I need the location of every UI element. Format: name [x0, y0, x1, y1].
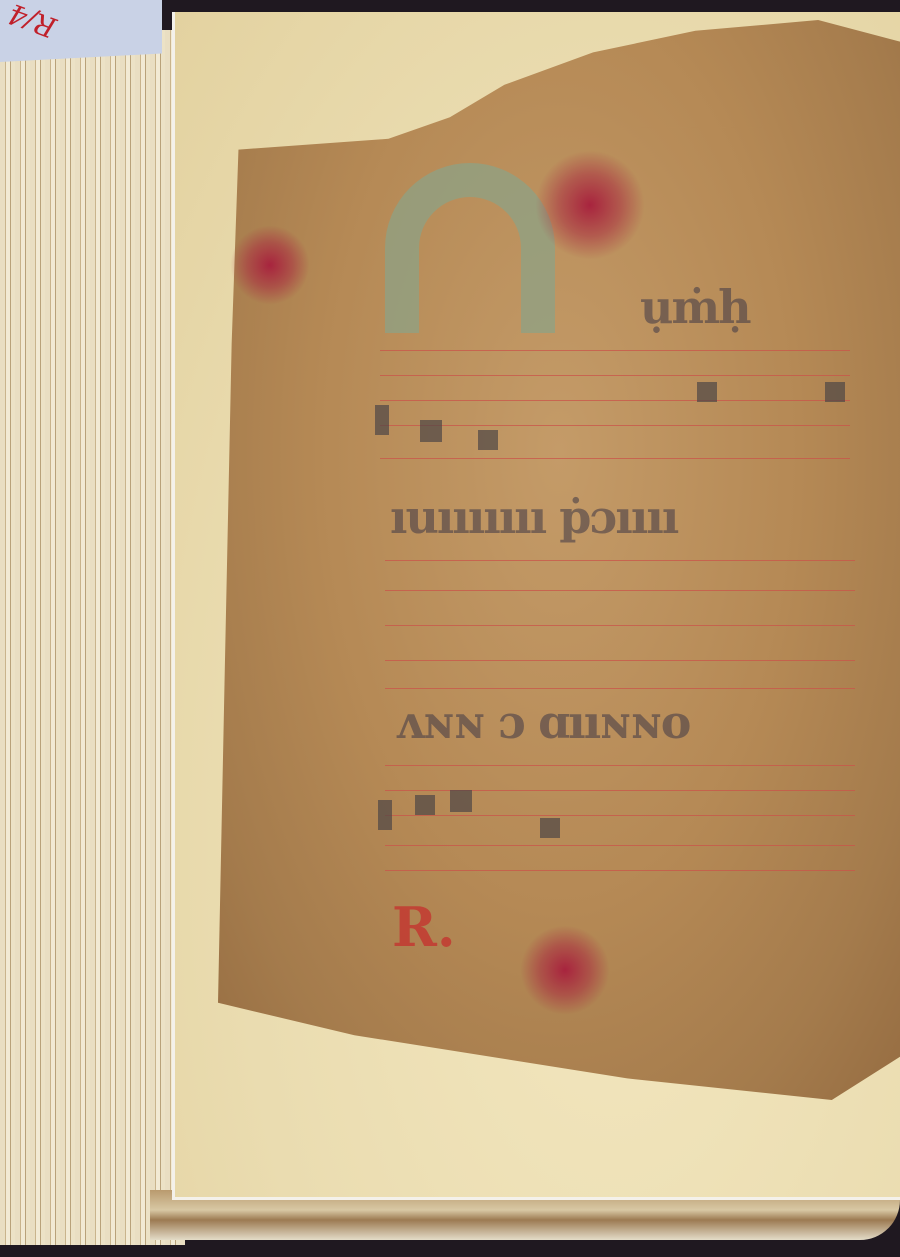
red-ink-stain	[520, 925, 610, 1015]
neume	[478, 430, 498, 450]
text-line-1: ụṁḥ	[640, 280, 750, 334]
neume	[540, 818, 560, 838]
red-ink-stain	[230, 225, 310, 305]
red-ink-stain	[535, 150, 645, 260]
neume	[375, 405, 389, 435]
neume	[378, 800, 392, 830]
text-line-3: ʌɴɴ ɔ ɑııɴɴo	[395, 695, 689, 749]
neume	[697, 382, 717, 402]
red-rubric: R.	[392, 895, 456, 959]
text-line-2: ıuııııııı ṗɔıııı	[390, 490, 677, 544]
book-page-edges	[0, 30, 185, 1245]
neume	[825, 382, 845, 402]
neume	[450, 790, 472, 812]
neume	[415, 795, 435, 815]
neume	[420, 420, 442, 442]
